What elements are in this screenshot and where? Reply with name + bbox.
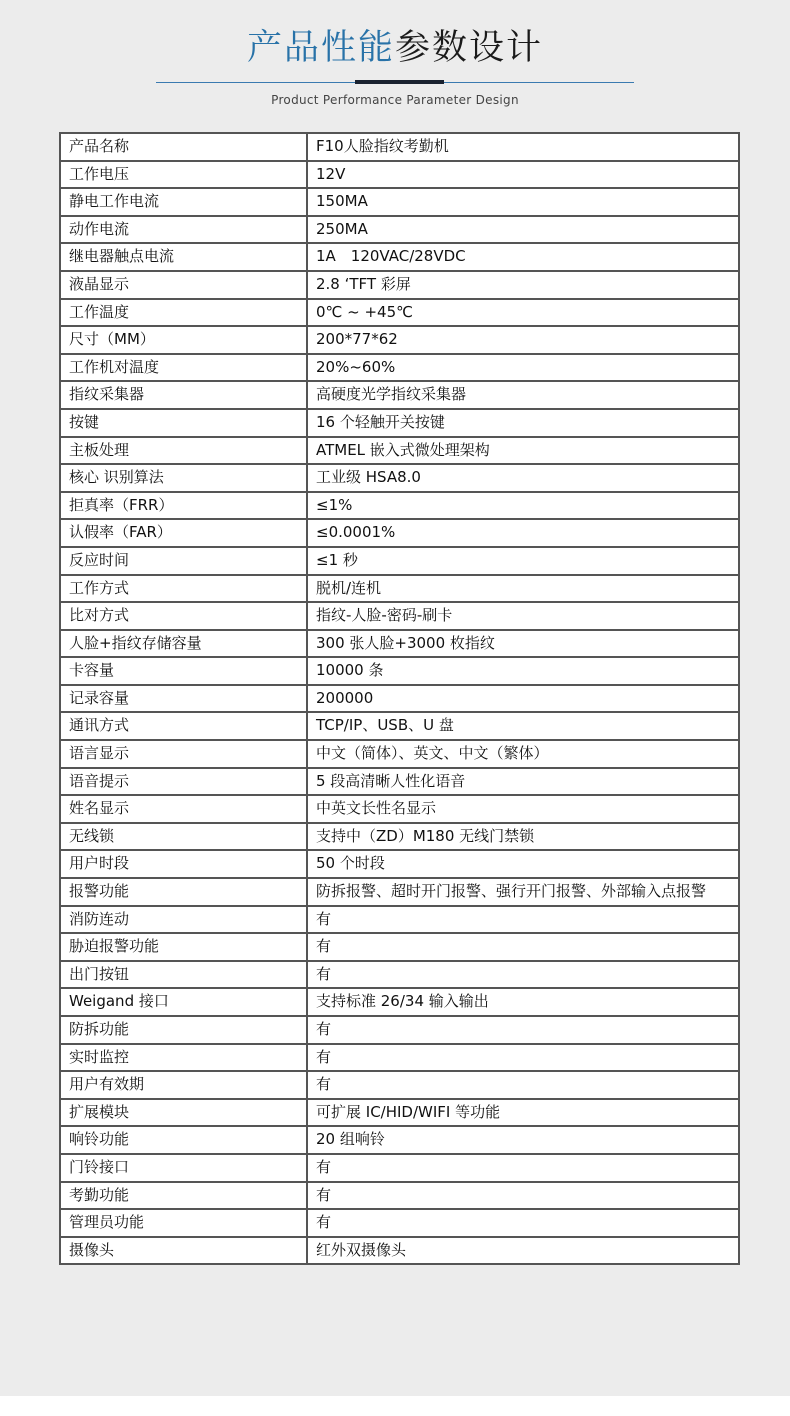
spec-value: 20 组响铃 [307, 1126, 739, 1154]
spec-value: 有 [307, 933, 739, 961]
spec-value: 有 [307, 1016, 739, 1044]
table-row: 液晶显示2.8 ‘TFT 彩屏 [60, 271, 739, 299]
table-row: 用户时段50 个时段 [60, 850, 739, 878]
spec-value: 脱机/连机 [307, 575, 739, 603]
table-row: 消防连动有 [60, 906, 739, 934]
spec-key: 工作方式 [60, 575, 307, 603]
page-title: 产品性能参数设计 [0, 26, 790, 70]
spec-value: 可扩展 IC/HID/WIFI 等功能 [307, 1099, 739, 1127]
spec-key: 卡容量 [60, 657, 307, 685]
table-row: 工作温度0℃ ~ +45℃ [60, 299, 739, 327]
spec-key: 记录容量 [60, 685, 307, 713]
spec-key: 用户时段 [60, 850, 307, 878]
spec-key: 通讯方式 [60, 712, 307, 740]
table-row: 用户有效期有 [60, 1071, 739, 1099]
table-row: 实时监控有 [60, 1044, 739, 1072]
table-row: 门铃接口有 [60, 1154, 739, 1182]
spec-key: 实时监控 [60, 1044, 307, 1072]
spec-value: 有 [307, 1182, 739, 1210]
spec-key: 考勤功能 [60, 1182, 307, 1210]
table-row: 记录容量200000 [60, 685, 739, 713]
spec-key: 门铃接口 [60, 1154, 307, 1182]
table-row: 工作机对温度20%~60% [60, 354, 739, 382]
spec-key: 扩展模块 [60, 1099, 307, 1127]
table-row: 认假率（FAR）≤0.0001% [60, 519, 739, 547]
page-subtitle: Product Performance Parameter Design [0, 93, 790, 107]
spec-value: ≤1 秒 [307, 547, 739, 575]
table-row: 尺寸（MM）200*77*62 [60, 326, 739, 354]
spec-value: 防拆报警、超时开门报警、强行开门报警、外部输入点报警 [307, 878, 739, 906]
table-row: 出门按钮有 [60, 961, 739, 989]
table-row: 卡容量10000 条 [60, 657, 739, 685]
spec-value: ATMEL 嵌入式微处理架构 [307, 437, 739, 465]
spec-value: 250MA [307, 216, 739, 244]
spec-value: 1A 120VAC/28VDC [307, 243, 739, 271]
spec-value: 中文（简体）、英文、中文（繁体） [307, 740, 739, 768]
table-row: 工作方式脱机/连机 [60, 575, 739, 603]
spec-value: 有 [307, 906, 739, 934]
spec-value: ≤0.0001% [307, 519, 739, 547]
table-row: 响铃功能20 组响铃 [60, 1126, 739, 1154]
spec-value: 200*77*62 [307, 326, 739, 354]
spec-key: 动作电流 [60, 216, 307, 244]
spec-key: 主板处理 [60, 437, 307, 465]
title-divider-bar [355, 80, 444, 84]
spec-value: 高硬度光学指纹采集器 [307, 381, 739, 409]
spec-value: 中英文长性名显示 [307, 795, 739, 823]
table-row: 静电工作电流150MA [60, 188, 739, 216]
table-row: 姓名显示中英文长性名显示 [60, 795, 739, 823]
spec-value: 支持标准 26/34 输入输出 [307, 988, 739, 1016]
table-row: 核心 识别算法工业级 HSA8.0 [60, 464, 739, 492]
spec-value: 50 个时段 [307, 850, 739, 878]
spec-value: 有 [307, 1209, 739, 1237]
spec-key: 核心 识别算法 [60, 464, 307, 492]
spec-value: 0℃ ~ +45℃ [307, 299, 739, 327]
title-rest: 参数设计 [395, 28, 543, 68]
spec-key: 工作温度 [60, 299, 307, 327]
spec-key: 胁迫报警功能 [60, 933, 307, 961]
spec-value: 有 [307, 961, 739, 989]
spec-value: 工业级 HSA8.0 [307, 464, 739, 492]
table-row: 产品名称F10人脸指纹考勤机 [60, 133, 739, 161]
spec-key: 静电工作电流 [60, 188, 307, 216]
spec-key: 管理员功能 [60, 1209, 307, 1237]
table-row: 人脸+指纹存储容量300 张人脸+3000 枚指纹 [60, 630, 739, 658]
spec-key: 按键 [60, 409, 307, 437]
table-row: 主板处理ATMEL 嵌入式微处理架构 [60, 437, 739, 465]
spec-value: 12V [307, 161, 739, 189]
spec-value: 150MA [307, 188, 739, 216]
spec-key: 出门按钮 [60, 961, 307, 989]
spec-key: 摄像头 [60, 1237, 307, 1265]
spec-key: 液晶显示 [60, 271, 307, 299]
spec-page: 产品性能参数设计 Product Performance Parameter D… [0, 0, 790, 1396]
spec-key: 认假率（FAR） [60, 519, 307, 547]
spec-value: 有 [307, 1044, 739, 1072]
table-row: 语音提示5 段高清晰人性化语音 [60, 768, 739, 796]
table-row: 比对方式指纹-人脸-密码-刷卡 [60, 602, 739, 630]
table-row: 扩展模块可扩展 IC/HID/WIFI 等功能 [60, 1099, 739, 1127]
table-row: 通讯方式TCP/IP、USB、U 盘 [60, 712, 739, 740]
spec-key: 姓名显示 [60, 795, 307, 823]
table-row: 拒真率（FRR）≤1% [60, 492, 739, 520]
spec-value: 16 个轻触开关按键 [307, 409, 739, 437]
spec-key: Weigand 接口 [60, 988, 307, 1016]
spec-key: 反应时间 [60, 547, 307, 575]
spec-key: 产品名称 [60, 133, 307, 161]
title-highlight: 产品性能 [247, 28, 395, 68]
spec-key: 用户有效期 [60, 1071, 307, 1099]
table-row: 反应时间≤1 秒 [60, 547, 739, 575]
spec-table: 产品名称F10人脸指纹考勤机工作电压12V静电工作电流150MA动作电流250M… [59, 132, 740, 1265]
spec-value: 20%~60% [307, 354, 739, 382]
table-row: Weigand 接口支持标准 26/34 输入输出 [60, 988, 739, 1016]
spec-key: 工作电压 [60, 161, 307, 189]
table-row: 胁迫报警功能有 [60, 933, 739, 961]
spec-value: 指纹-人脸-密码-刷卡 [307, 602, 739, 630]
spec-value: 10000 条 [307, 657, 739, 685]
spec-key: 人脸+指纹存储容量 [60, 630, 307, 658]
spec-key: 指纹采集器 [60, 381, 307, 409]
spec-key: 响铃功能 [60, 1126, 307, 1154]
spec-value: 2.8 ‘TFT 彩屏 [307, 271, 739, 299]
spec-key: 无线锁 [60, 823, 307, 851]
table-row: 防拆功能有 [60, 1016, 739, 1044]
spec-key: 语言显示 [60, 740, 307, 768]
spec-value: 红外双摄像头 [307, 1237, 739, 1265]
spec-key: 尺寸（MM） [60, 326, 307, 354]
table-row: 指纹采集器高硬度光学指纹采集器 [60, 381, 739, 409]
spec-value: 有 [307, 1154, 739, 1182]
table-row: 语言显示中文（简体）、英文、中文（繁体） [60, 740, 739, 768]
spec-key: 比对方式 [60, 602, 307, 630]
table-row: 按键16 个轻触开关按键 [60, 409, 739, 437]
table-row: 管理员功能有 [60, 1209, 739, 1237]
spec-key: 防拆功能 [60, 1016, 307, 1044]
spec-key: 拒真率（FRR） [60, 492, 307, 520]
spec-value: TCP/IP、USB、U 盘 [307, 712, 739, 740]
spec-value: ≤1% [307, 492, 739, 520]
table-row: 考勤功能有 [60, 1182, 739, 1210]
spec-value: 5 段高清晰人性化语音 [307, 768, 739, 796]
table-row: 无线锁支持中（ZD）M180 无线门禁锁 [60, 823, 739, 851]
table-row: 继电器触点电流1A 120VAC/28VDC [60, 243, 739, 271]
spec-value: 有 [307, 1071, 739, 1099]
table-row: 工作电压12V [60, 161, 739, 189]
spec-key: 报警功能 [60, 878, 307, 906]
table-row: 动作电流250MA [60, 216, 739, 244]
spec-key: 工作机对温度 [60, 354, 307, 382]
spec-key: 继电器触点电流 [60, 243, 307, 271]
spec-value: F10人脸指纹考勤机 [307, 133, 739, 161]
spec-value: 支持中（ZD）M180 无线门禁锁 [307, 823, 739, 851]
spec-key: 消防连动 [60, 906, 307, 934]
spec-value: 200000 [307, 685, 739, 713]
table-row: 摄像头红外双摄像头 [60, 1237, 739, 1265]
table-row: 报警功能防拆报警、超时开门报警、强行开门报警、外部输入点报警 [60, 878, 739, 906]
spec-key: 语音提示 [60, 768, 307, 796]
spec-value: 300 张人脸+3000 枚指纹 [307, 630, 739, 658]
